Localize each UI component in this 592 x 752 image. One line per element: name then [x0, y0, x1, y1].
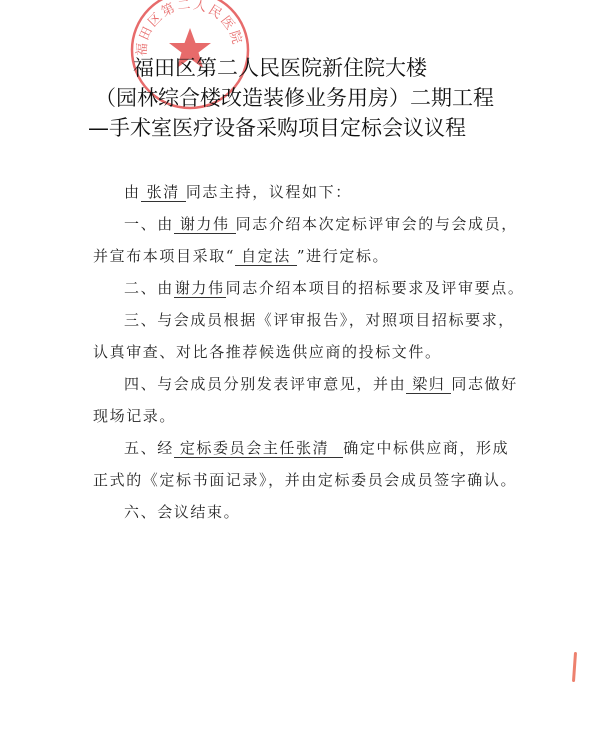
item-5-suffix: 确定中标供应商，形成	[343, 439, 509, 457]
agenda-item-2: 二、由谢力伟同志介绍本项目的招标要求及评审要点。	[124, 278, 524, 298]
agenda-item-5-line-1: 五、经定标委员会主任张清确定中标供应商，形成	[124, 438, 509, 458]
item-2-suffix: 同志介绍本项目的招标要求及评审要点。	[226, 279, 525, 297]
red-pen-mark	[572, 652, 577, 682]
agenda-item-1-line-2: 并宣布本项目采取“自定法”进行定标。	[93, 246, 389, 266]
item-4-prefix: 四、与会成员分别发表评审意见，并由	[124, 375, 406, 393]
host-name-field: 张清	[141, 183, 186, 202]
item-1-person-field: 谢力伟	[174, 215, 236, 234]
item-4-suffix: 同志做好	[451, 375, 517, 393]
item-1-line-2-suffix: ”进行定标。	[297, 247, 389, 265]
agenda-item-3-line-1: 三、与会成员根据《评审报告》，对照项目招标要求，	[124, 310, 515, 330]
agenda-item-4-line-1: 四、与会成员分别发表评审意见，并由梁归同志做好	[124, 374, 518, 394]
intro-prefix: 由	[124, 183, 141, 201]
intro-suffix: 同志主持，议程如下：	[186, 183, 352, 201]
agenda-item-3-line-2: 认真审查、对比各推荐候选供应商的投标文件。	[93, 342, 442, 362]
agenda-item-1-line-1: 一、由谢力伟同志介绍本次定标评审会的与会成员，	[124, 214, 518, 234]
agenda-intro: 由张清同志主持，议程如下：	[124, 182, 352, 202]
agenda-item-5-line-2: 正式的《定标书面记录》，并由定标委员会成员签字确认。	[93, 470, 517, 490]
item-5-prefix: 五、经	[124, 439, 174, 457]
document-title-line-1: 福田区第二人民医院新住院大楼	[133, 54, 427, 82]
item-1-prefix: 一、由	[124, 215, 174, 233]
item-1-line-2-prefix: 并宣布本项目采取“	[93, 247, 235, 265]
recorder-name-field: 梁归	[406, 375, 451, 394]
item-2-person-field: 谢力伟	[174, 279, 226, 298]
agenda-item-6: 六、会议结束。	[124, 502, 240, 522]
decision-maker-field: 定标委员会主任张清	[174, 439, 343, 458]
agenda-item-4-line-2: 现场记录。	[93, 406, 176, 426]
document-page: 福田区第二人民医院 福田区第二人民医院新住院大楼 （园林综合楼改造装修业务用房）…	[0, 0, 592, 752]
item-2-prefix: 二、由	[124, 279, 174, 297]
evaluation-method-field: 自定法	[235, 247, 297, 266]
item-1-suffix: 同志介绍本次定标评审会的与会成员，	[236, 215, 518, 233]
document-title-line-2: （园林综合楼改造装修业务用房）二期工程	[95, 84, 494, 112]
document-title-line-3: —手术室医疗设备采购项目定标会议议程	[88, 114, 466, 142]
